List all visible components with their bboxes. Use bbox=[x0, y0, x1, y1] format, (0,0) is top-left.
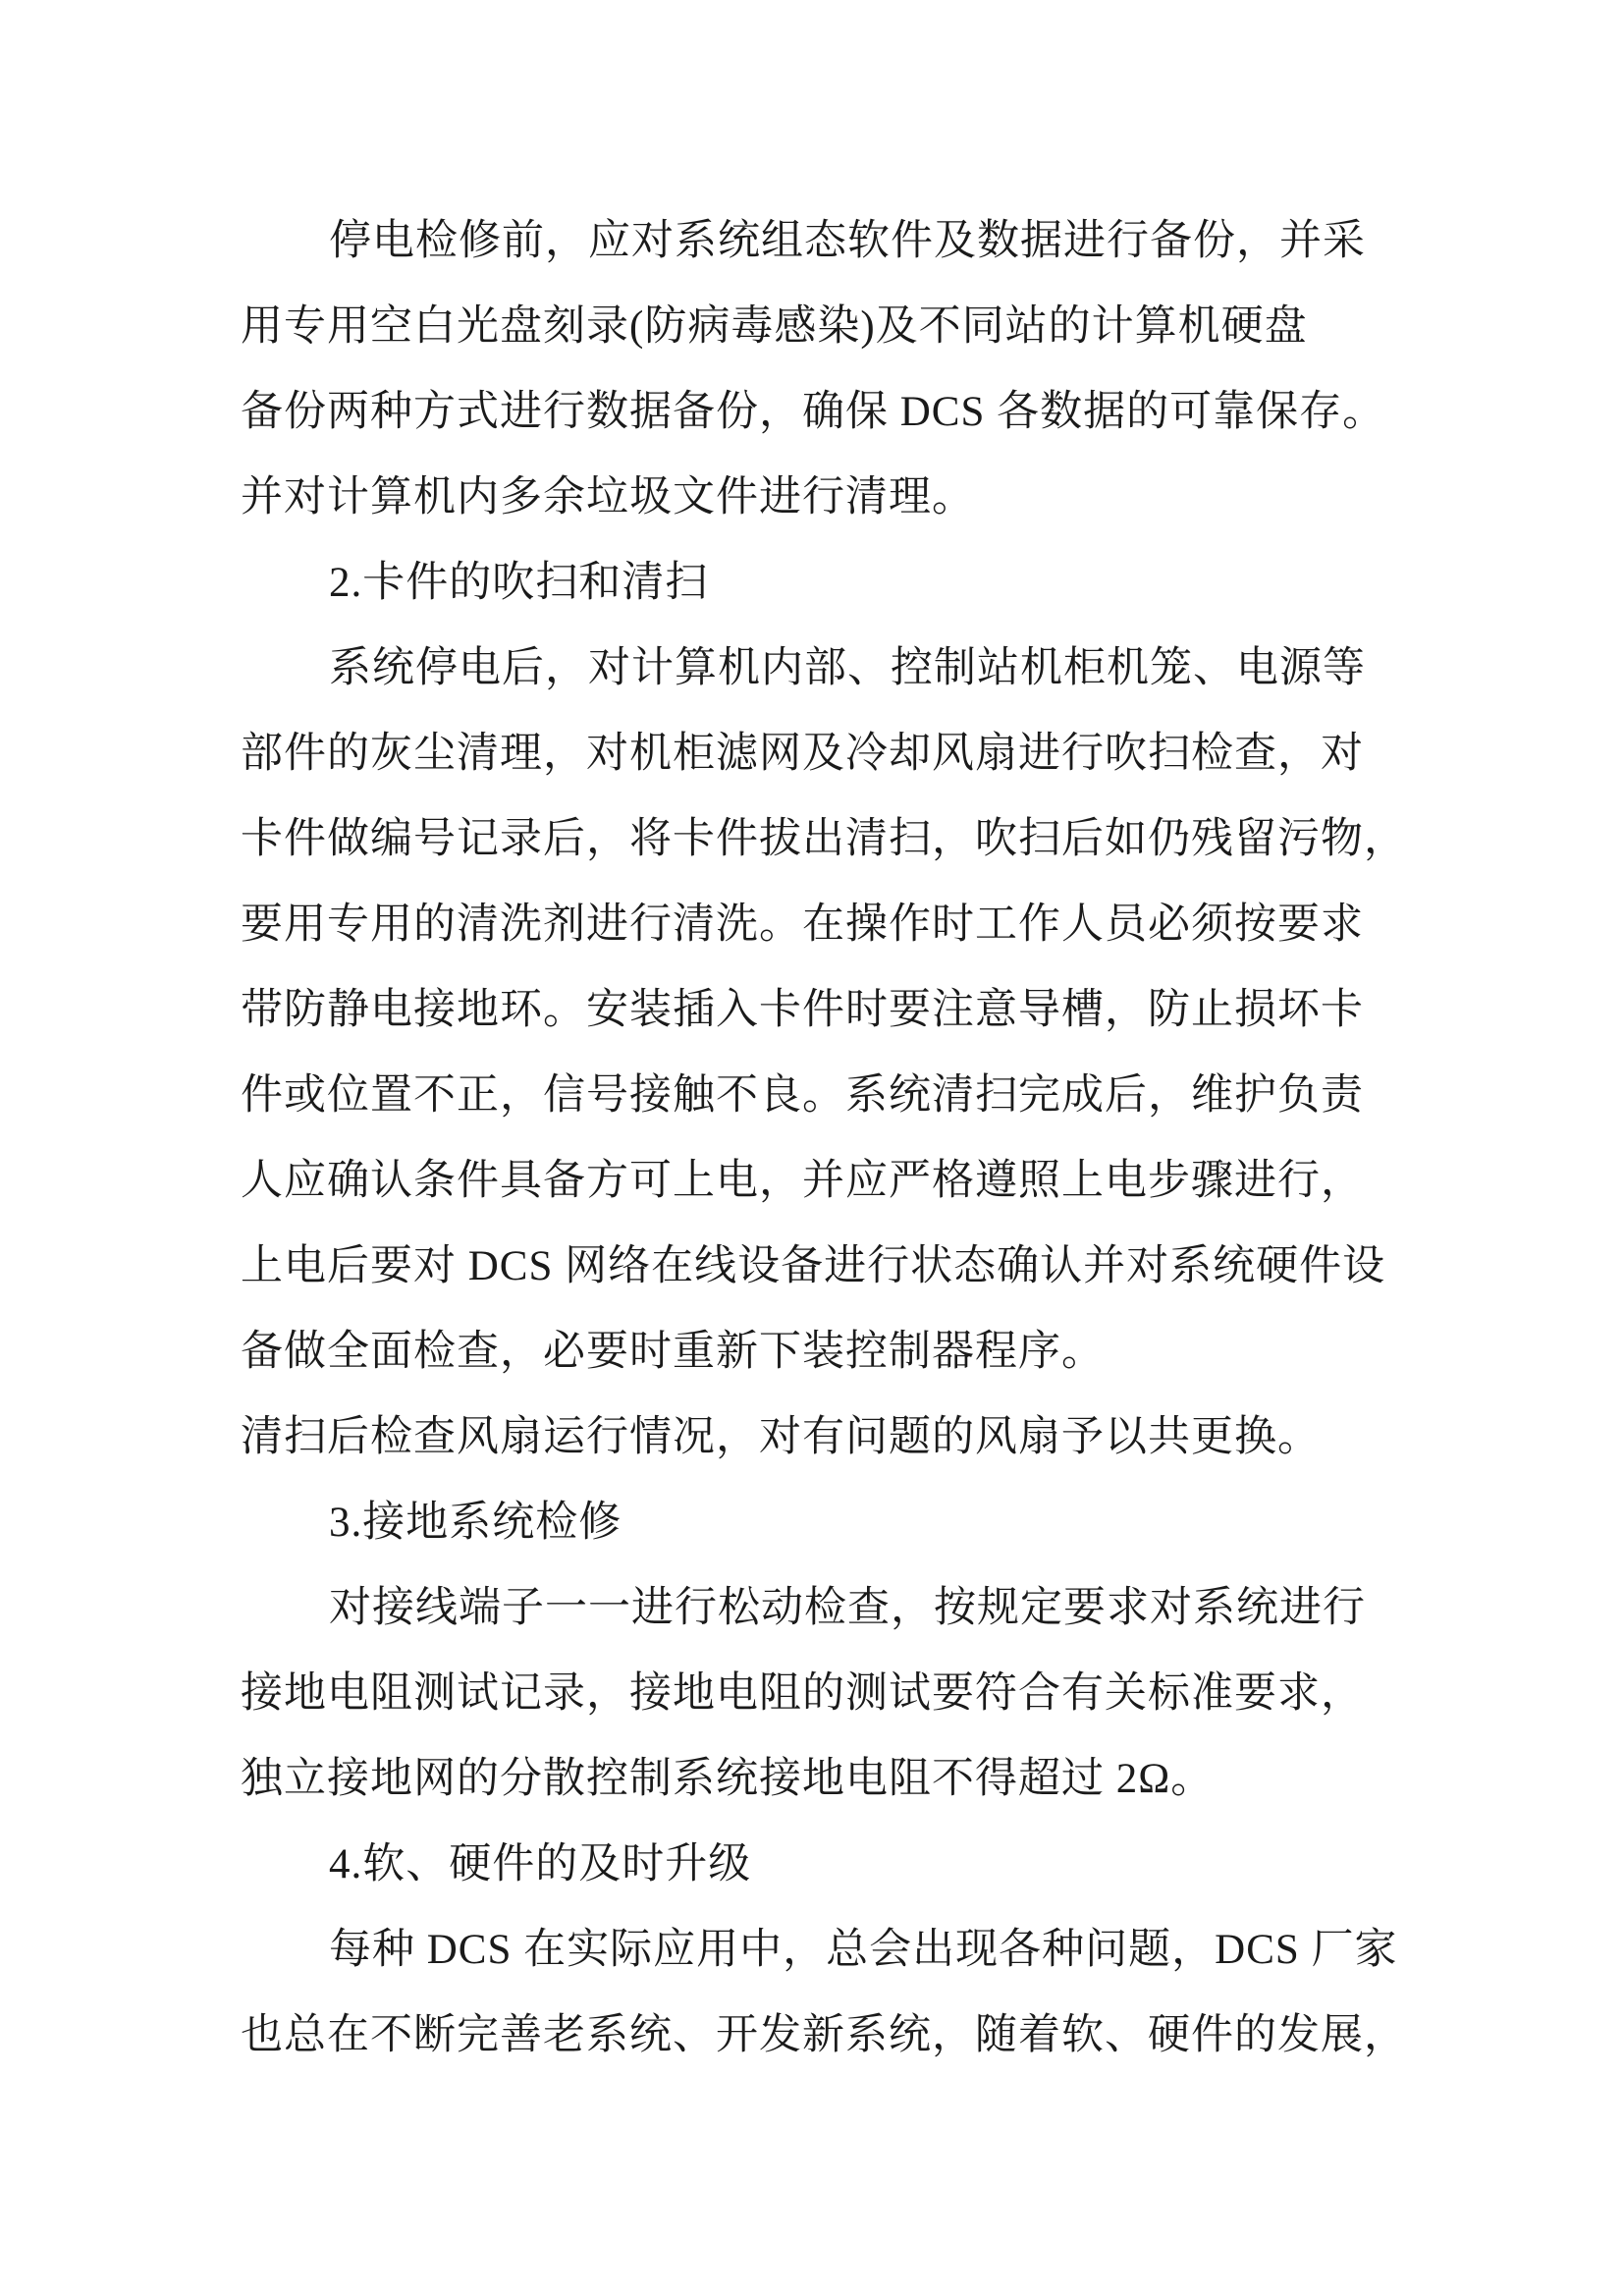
text-line: 用专用空白光盘刻录(防病毒感染)及不同站的计算机硬盘 bbox=[241, 284, 1404, 369]
section-heading: 4.软、硬件的及时升级 bbox=[241, 1822, 1404, 1907]
text-line: 清扫后检查风扇运行情况，对有问题的风扇予以共更换。 bbox=[241, 1394, 1404, 1480]
text-line: 人应确认条件具备方可上电，并应严格遵照上电步骤进行， bbox=[241, 1138, 1404, 1224]
section-heading: 2.卡件的吹扫和清扫 bbox=[241, 540, 1404, 626]
text-line: 对接线端子一一进行松动检查，按规定要求对系统进行 bbox=[241, 1565, 1404, 1651]
paragraph: 系统停电后，对计算机内部、控制站机柜机笼、电源等部件的灰尘清理，对机柜滤网及冷却… bbox=[241, 626, 1404, 1394]
text-line: 4.软、硬件的及时升级 bbox=[241, 1822, 1404, 1907]
text-line: 停电检修前，应对系统组态软件及数据进行备份，并采 bbox=[241, 198, 1404, 284]
paragraph: 停电检修前，应对系统组态软件及数据进行备份，并采用专用空白光盘刻录(防病毒感染)… bbox=[241, 198, 1404, 540]
document-content: 停电检修前，应对系统组态软件及数据进行备份，并采用专用空白光盘刻录(防病毒感染)… bbox=[241, 198, 1404, 2078]
text-line: 并对计算机内多余垃圾文件进行清理。 bbox=[241, 455, 1404, 540]
document-page: 停电检修前，应对系统组态软件及数据进行备份，并采用专用空白光盘刻录(防病毒感染)… bbox=[0, 0, 1623, 2296]
text-line: 件或位置不正，信号接触不良。系统清扫完成后，维护负责 bbox=[241, 1053, 1404, 1138]
text-line: 带防静电接地环。安装插入卡件时要注意导槽，防止损坏卡 bbox=[241, 967, 1404, 1053]
text-line: 卡件做编号记录后，将卡件拔出清扫，吹扫后如仍残留污物， bbox=[241, 796, 1404, 882]
text-line: 3.接地系统检修 bbox=[241, 1480, 1404, 1565]
paragraph: 清扫后检查风扇运行情况，对有问题的风扇予以共更换。 bbox=[241, 1394, 1404, 1480]
text-line: 要用专用的清洗剂进行清洗。在操作时工作人员必须按要求 bbox=[241, 882, 1404, 967]
paragraph: 对接线端子一一进行松动检查，按规定要求对系统进行接地电阻测试记录，接地电阻的测试… bbox=[241, 1565, 1404, 1822]
text-line: 也总在不断完善老系统、开发新系统，随着软、硬件的发展， bbox=[241, 1993, 1404, 2078]
text-line: 部件的灰尘清理，对机柜滤网及冷却风扇进行吹扫检查，对 bbox=[241, 711, 1404, 796]
text-line: 每种 DCS 在实际应用中，总会出现各种问题，DCS 厂家 bbox=[241, 1907, 1404, 1993]
text-line: 系统停电后，对计算机内部、控制站机柜机笼、电源等 bbox=[241, 626, 1404, 711]
text-line: 备份两种方式进行数据备份，确保 DCS 各数据的可靠保存。 bbox=[241, 369, 1404, 455]
text-line: 接地电阻测试记录，接地电阻的测试要符合有关标准要求， bbox=[241, 1651, 1404, 1736]
text-line: 上电后要对 DCS 网络在线设备进行状态确认并对系统硬件设 bbox=[241, 1224, 1404, 1309]
paragraph: 每种 DCS 在实际应用中，总会出现各种问题，DCS 厂家也总在不断完善老系统、… bbox=[241, 1907, 1404, 2078]
text-line: 独立接地网的分散控制系统接地电阻不得超过 2Ω。 bbox=[241, 1736, 1404, 1822]
text-line: 2.卡件的吹扫和清扫 bbox=[241, 540, 1404, 626]
section-heading: 3.接地系统检修 bbox=[241, 1480, 1404, 1565]
text-line: 备做全面检查，必要时重新下装控制器程序。 bbox=[241, 1309, 1404, 1394]
